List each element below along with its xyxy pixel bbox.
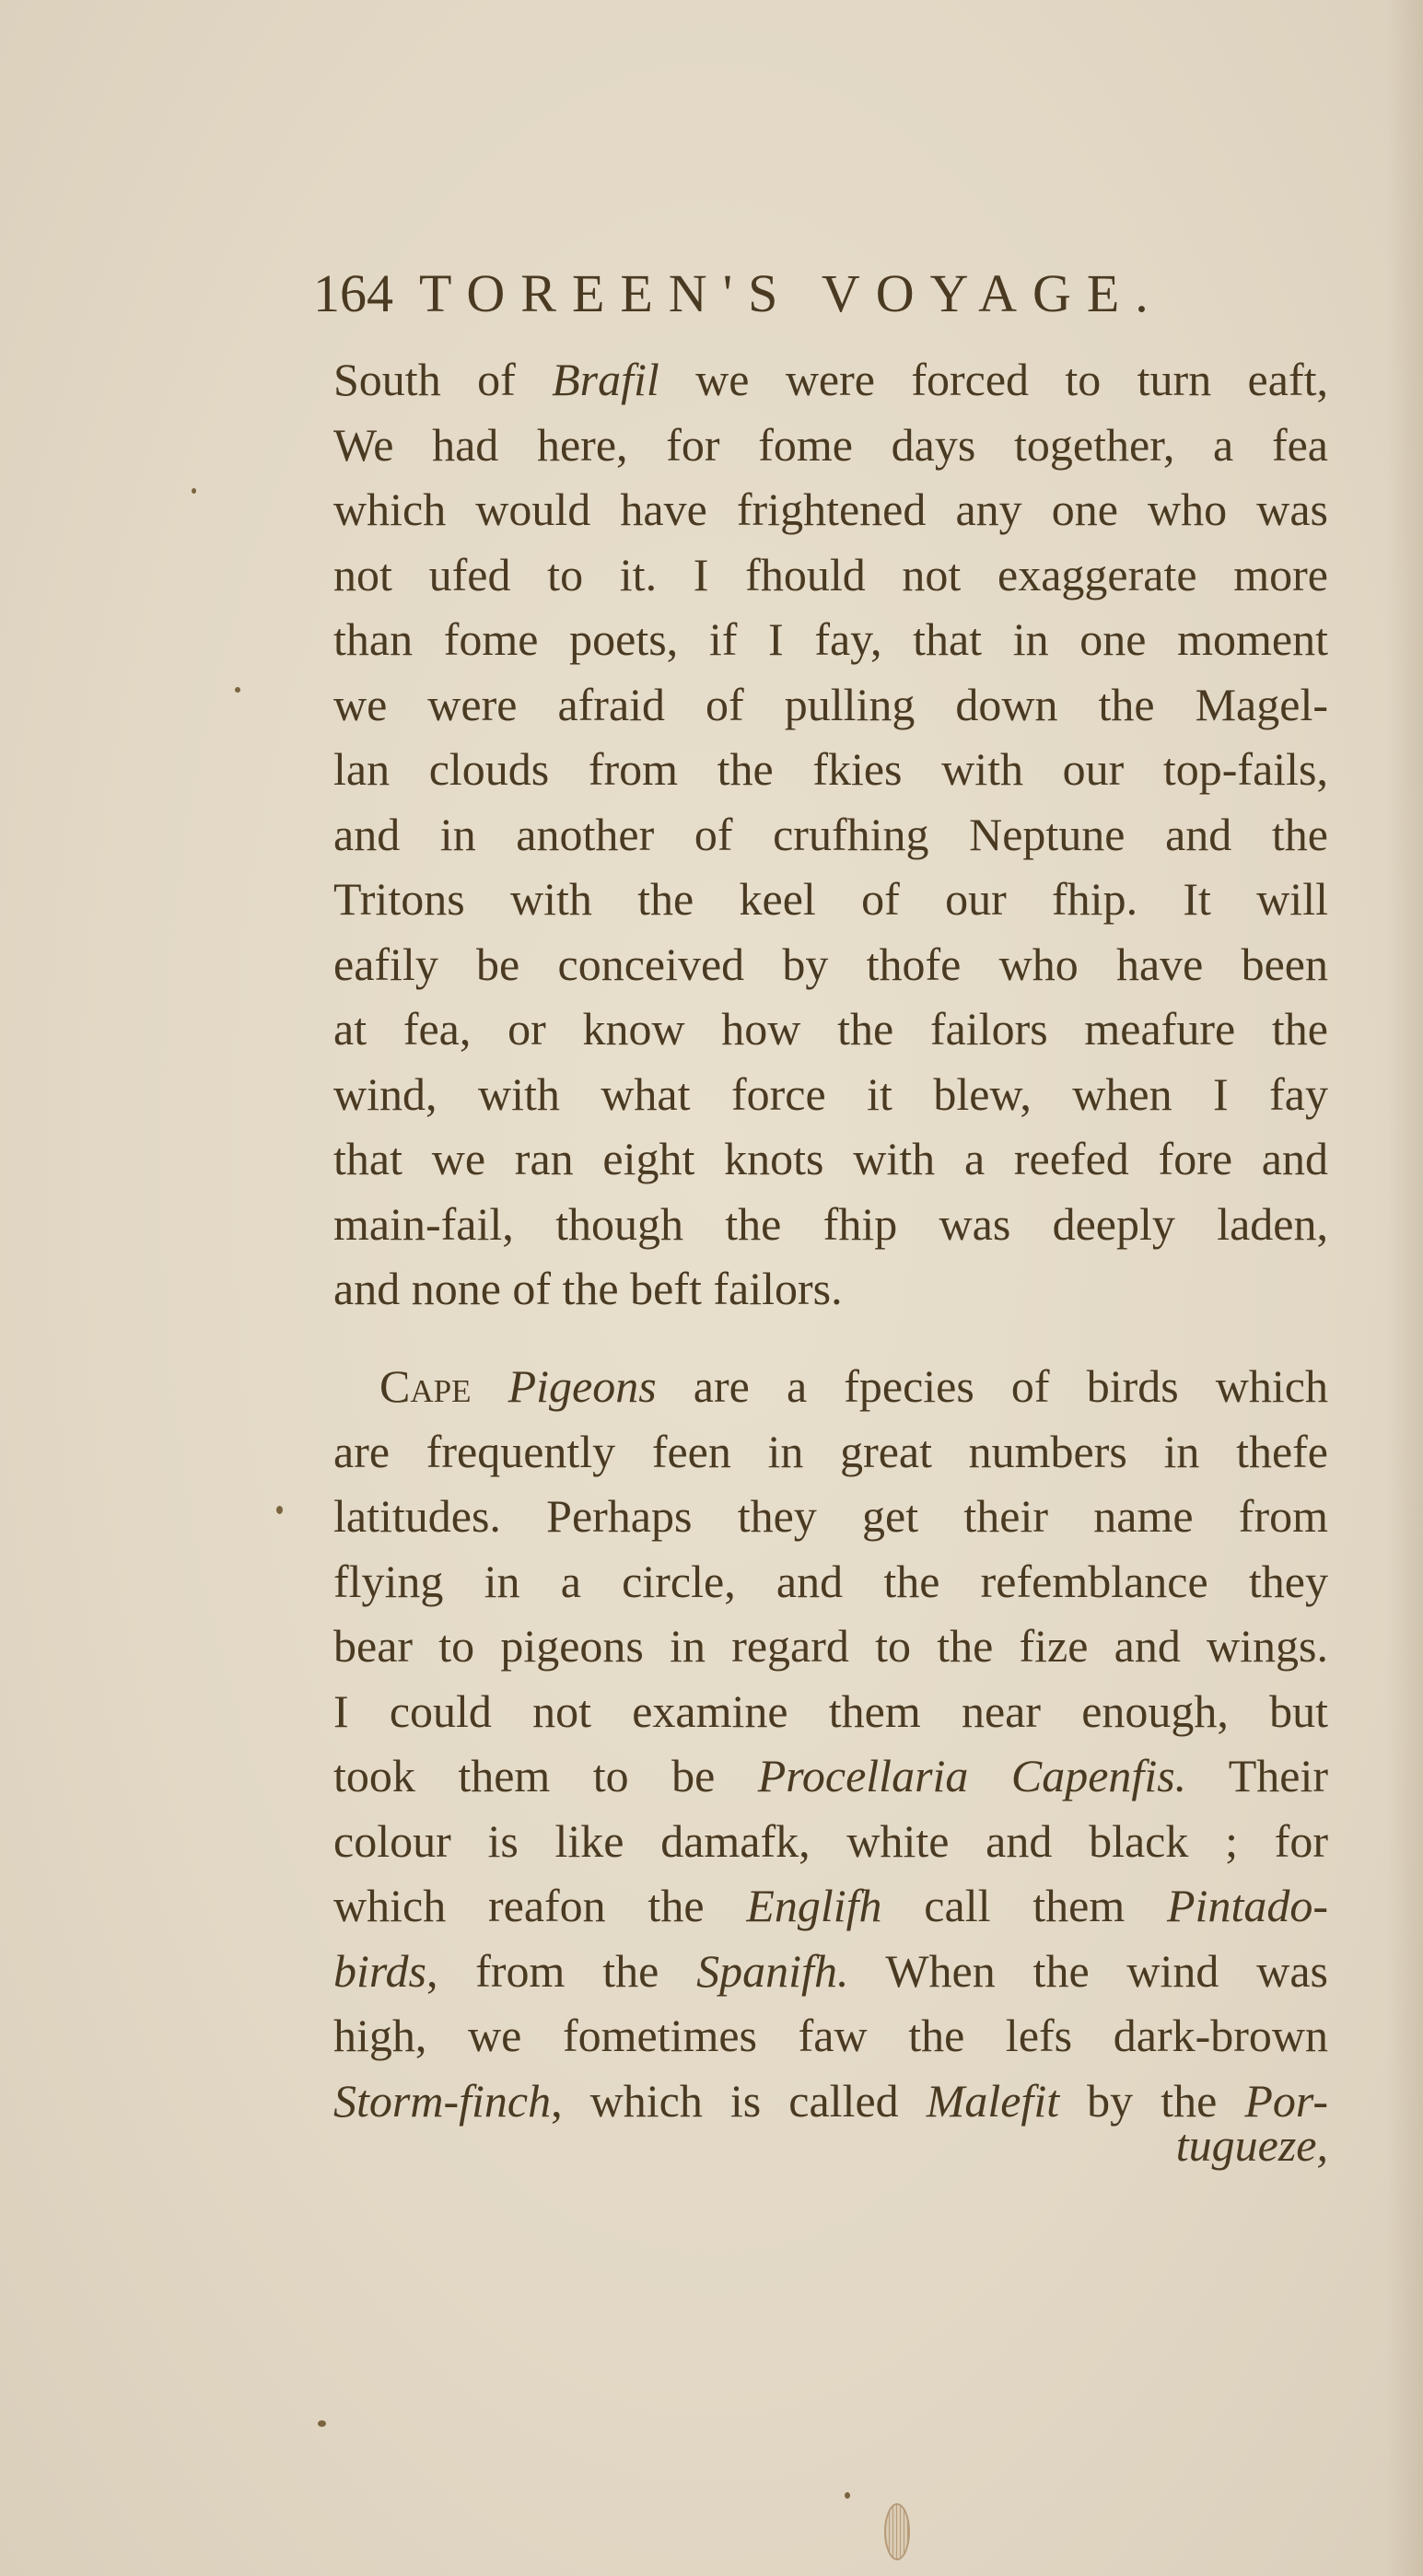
paper-speck — [318, 2420, 326, 2427]
text-line: that we ran eight knots with a reefed fo… — [333, 1126, 1328, 1192]
italic-term: Pintado- — [1167, 1880, 1328, 1931]
page-edge-shadow — [1386, 0, 1423, 2576]
text-line: and in another of crufhing Neptune and t… — [333, 802, 1328, 868]
text-line: which reafon the Englifh call them Pinta… — [333, 1873, 1328, 1939]
text-line: We had here, for fome days together, a f… — [333, 413, 1328, 478]
text-line: bear to pigeons in regard to the fize an… — [333, 1614, 1328, 1679]
text-line: flying in a circle, and the refemblance … — [333, 1549, 1328, 1614]
text-line: lan clouds from the fkies with our top-f… — [333, 737, 1328, 802]
text-line: not ufed to it. I fhould not exaggerate … — [333, 542, 1328, 608]
text-line: South of Brafil we were forced to turn e… — [333, 347, 1328, 413]
catchword-text: tugueze, — [1176, 2119, 1328, 2171]
scanned-page: 164 TOREEN'S VOYAGE. South of Brafil we … — [0, 0, 1423, 2576]
italic-term: Pigeons — [508, 1360, 657, 1412]
text-line: than fome poets, if I fay, that in one m… — [333, 607, 1328, 672]
text-line: are frequently feen in great numbers in … — [333, 1419, 1328, 1485]
text-line: birds, from the Spanifh. When the wind w… — [333, 1939, 1328, 2004]
running-title: TOREEN'S VOYAGE. — [419, 262, 1164, 324]
italic-term: Englifh — [746, 1880, 881, 1931]
text-line: at fea, or know how the failors meafure … — [333, 997, 1328, 1062]
text-line: main-fail, though the fhip was deeply la… — [333, 1192, 1328, 1257]
text-line: colour is like damafk, white and black ;… — [333, 1809, 1328, 1874]
italic-term: Procellaria Capenfis. — [758, 1750, 1186, 1801]
paper-speck — [845, 2492, 850, 2499]
italic-term: Brafil — [552, 354, 659, 405]
italic-term: Spanifh. — [696, 1945, 848, 1997]
text-line: wind, with what force it blew, when I fa… — [333, 1062, 1328, 1127]
page-number: 164 — [313, 262, 393, 324]
text-line: high, we fometimes faw the lefs dark-bro… — [333, 2003, 1328, 2069]
text-line: Tritons with the keel of our fhip. It wi… — [333, 867, 1328, 932]
ornament-mark-icon — [884, 2503, 910, 2560]
text-line: latitudes. Perhaps they get their name f… — [333, 1484, 1328, 1549]
paper-speck — [192, 488, 196, 494]
paragraph-1: South of Brafil we were forced to turn e… — [333, 347, 1328, 1322]
text-line: Cape Pigeons are a fpecies of birds whic… — [333, 1354, 1328, 1419]
text-line: I could not examine them near enough, bu… — [333, 1679, 1328, 1744]
italic-term: birds — [333, 1945, 426, 1997]
text-line: eafily be conceived by thofe who have be… — [333, 932, 1328, 997]
text-line: we were afraid of pulling down the Magel… — [333, 672, 1328, 738]
text-line: which would have frightened any one who … — [333, 477, 1328, 542]
paper-speck — [276, 1506, 283, 1514]
small-caps-term: Cape — [379, 1360, 471, 1412]
running-head: 164 TOREEN'S VOYAGE. — [313, 262, 1326, 327]
text-line: took them to be Procellaria Capenfis. Th… — [333, 1743, 1328, 1809]
paragraph-2: Cape Pigeons are a fpecies of birds whic… — [333, 1354, 1328, 2133]
paper-speck — [235, 687, 240, 693]
catchword: tugueze, — [333, 2113, 1328, 2178]
catchword-block: tugueze, — [333, 2113, 1328, 2178]
text-line: and none of the beft failors. — [333, 1256, 1328, 1322]
